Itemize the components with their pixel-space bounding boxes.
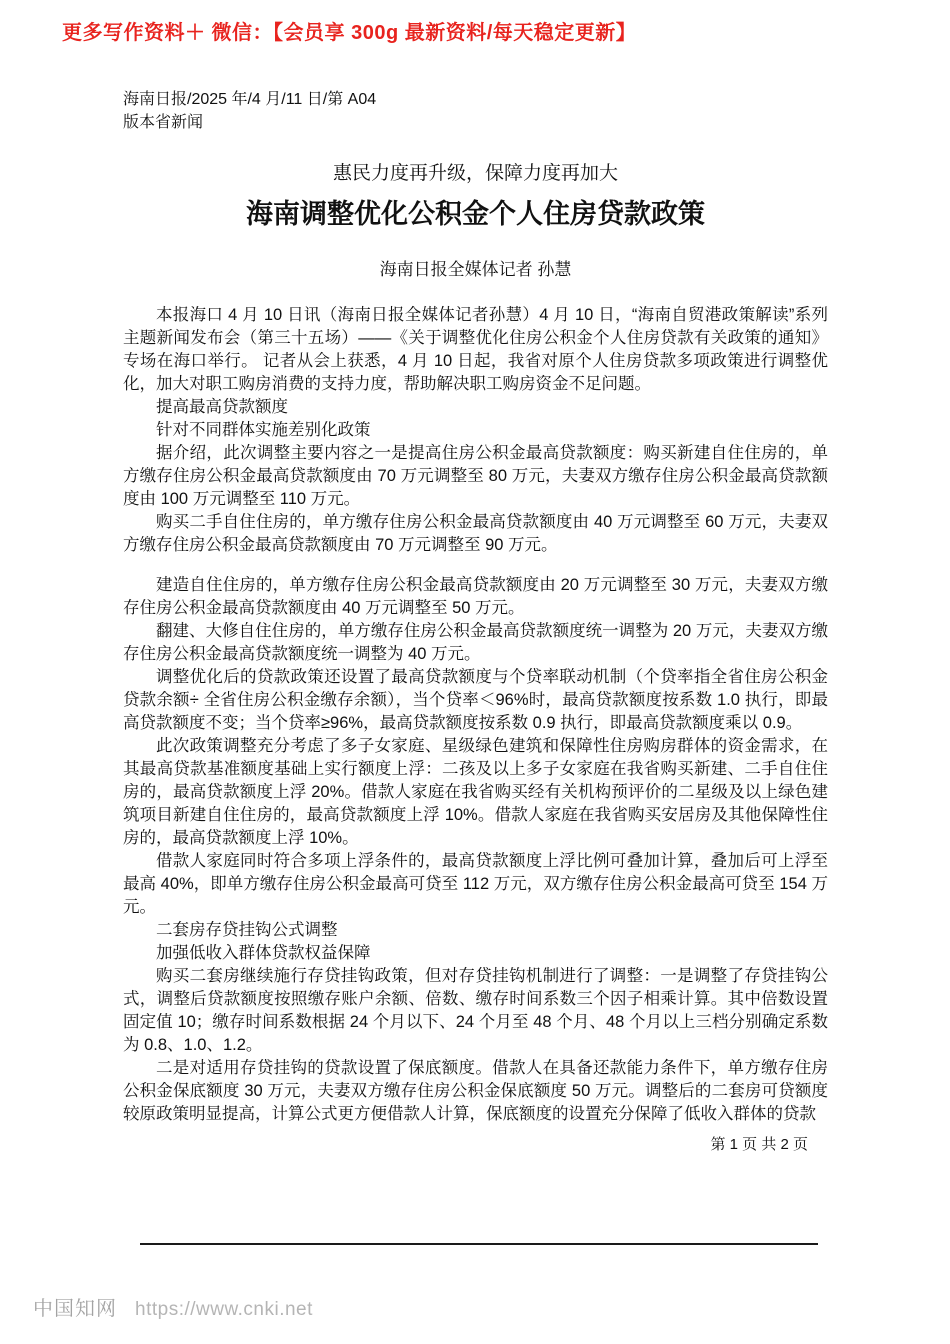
article-subheading: 二套房存贷挂钩公式调整 xyxy=(123,919,828,942)
article-paragraph: 此次政策调整充分考虑了多子女家庭、星级绿色建筑和保障性住房购房群体的资金需求，在… xyxy=(123,735,828,850)
article-subheading: 提高最高贷款额度 xyxy=(123,396,828,419)
article-body: 本报海口 4 月 10 日讯（海南日报全媒体记者孙慧）4 月 10 日，“海南自… xyxy=(123,304,828,1126)
article-content: 海南日报/2025 年/4 月/11 日/第 A04 版本省新闻 惠民力度再升级… xyxy=(123,88,828,1154)
article-subheading: 针对不同群体实施差别化政策 xyxy=(123,419,828,442)
promo-banner: 更多写作资料＋ 微信：【会员享 300g 最新资料/每天稳定更新】 xyxy=(62,16,636,45)
source-line-2: 版本省新闻 xyxy=(123,111,828,134)
cnki-watermark: 中国知网 https://www.cnki.net xyxy=(33,1292,313,1321)
article-paragraph: 二是对适用存贷挂钩的贷款设置了保底额度。借款人在具备还款能力条件下，单方缴存住房… xyxy=(123,1057,828,1126)
article-paragraph: 购买二套房继续施行存贷挂钩政策，但对存贷挂钩机制进行了调整：一是调整了存贷挂钩公… xyxy=(123,965,828,1057)
cnki-url: https://www.cnki.net xyxy=(135,1299,313,1321)
article-paragraph: 建造自住住房的，单方缴存住房公积金最高贷款额度由 20 万元调整至 30 万元，… xyxy=(123,574,828,620)
article-paragraph: 调整优化后的贷款政策还设置了最高贷款额度与个贷率联动机制（个贷率指全省住房公积金… xyxy=(123,666,828,735)
article-paragraph: 本报海口 4 月 10 日讯（海南日报全媒体记者孙慧）4 月 10 日，“海南自… xyxy=(123,304,828,396)
cnki-logo: 中国知网 xyxy=(33,1292,117,1321)
article-paragraph: 据介绍，此次调整主要内容之一是提高住房公积金最高贷款额度：购买新建自住住房的，单… xyxy=(123,442,828,511)
article-byline: 海南日报全媒体记者 孙慧 xyxy=(123,259,828,280)
document-page: 更多写作资料＋ 微信：【会员享 300g 最新资料/每天稳定更新】 海南日报/2… xyxy=(0,0,950,1344)
article-title: 海南调整优化公积金个人住房贷款政策 xyxy=(123,197,828,231)
article-paragraph: 借款人家庭同时符合多项上浮条件的，最高贷款额度上浮比例可叠加计算，叠加后可上浮至… xyxy=(123,850,828,919)
footer-divider xyxy=(140,1243,818,1245)
article-subheading: 加强低收入群体贷款权益保障 xyxy=(123,942,828,965)
page-indicator: 第 1 页 共 2 页 xyxy=(123,1135,828,1154)
article-paragraph: 购买二手自住住房的，单方缴存住房公积金最高贷款额度由 40 万元调整至 60 万… xyxy=(123,511,828,557)
source-line-1: 海南日报/2025 年/4 月/11 日/第 A04 xyxy=(123,88,828,111)
article-subtitle: 惠民力度再升级，保障力度再加大 xyxy=(123,161,828,187)
article-paragraph: 翻建、大修自住住房的，单方缴存住房公积金最高贷款额度统一调整为 20 万元，夫妻… xyxy=(123,620,828,666)
